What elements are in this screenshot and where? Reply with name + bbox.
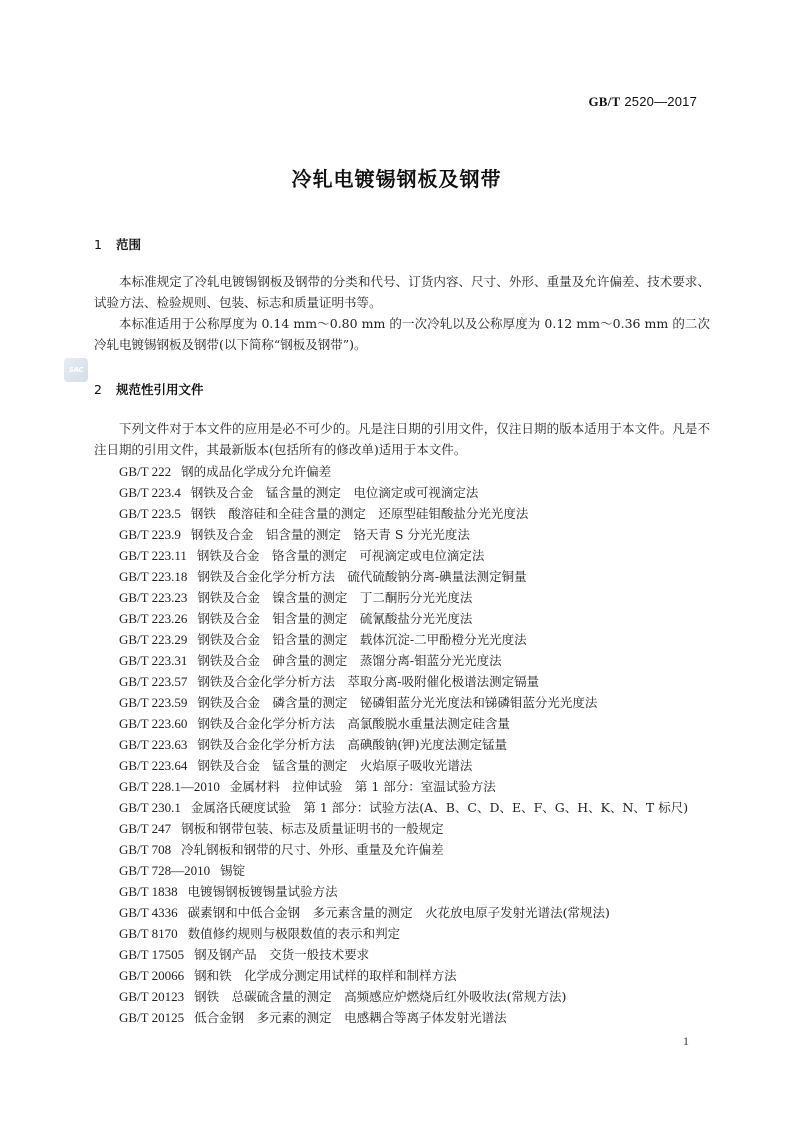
reference-code: GB/T 728—2010 [119, 863, 210, 878]
reference-title: 金属洛氏硬度试验 第 1 部分：试验方法(A、B、C、D、E、F、G、H、K、N… [191, 800, 688, 815]
reference-item: GB/T 223.9钢铁及合金 铝含量的测定 铬天青 S 分光光度法 [119, 524, 688, 545]
reference-code: GB/T 223.26 [119, 611, 187, 626]
reference-title: 钢铁及合金 铝含量的测定 铬天青 S 分光光度法 [191, 527, 470, 542]
reference-code: GB/T 223.18 [119, 569, 187, 584]
reference-title: 钢铁及合金 铅含量的测定 载体沉淀-二甲酚橙分光光度法 [197, 632, 526, 647]
reference-code: GB/T 222 [119, 464, 171, 479]
reference-title: 钢铁及合金 锰含量的测定 电位滴定或可视滴定法 [191, 485, 479, 500]
reference-code: GB/T 20123 [119, 989, 184, 1004]
reference-item: GB/T 708冷轧钢板和钢带的尺寸、外形、重量及允许偏差 [119, 839, 688, 860]
reference-title: 钢板和钢带包装、标志及质量证明书的一般规定 [181, 821, 444, 836]
reference-code: GB/T 223.31 [119, 653, 187, 668]
reference-item: GB/T 223.59钢铁及合金 磷含量的测定 铋磷钼蓝分光光度法和锑磷钼蓝分光… [119, 692, 688, 713]
reference-item: GB/T 223.29钢铁及合金 铅含量的测定 载体沉淀-二甲酚橙分光光度法 [119, 629, 688, 650]
reference-item: GB/T 223.64钢铁及合金 锰含量的测定 火焰原子吸收光谱法 [119, 755, 688, 776]
scope-paragraph-1: 本标准规定了冷轧电镀锡钢板及钢带的分类和代号、订货内容、尺寸、外形、重量及允许偏… [94, 271, 710, 313]
reference-title: 钢铁及合金 砷含量的测定 蒸馏分离-钼蓝分光光度法 [197, 653, 501, 668]
section-title: 范围 [116, 237, 141, 252]
reference-code: GB/T 223.5 [119, 506, 181, 521]
reference-title: 钢的成品化学成分允许偏差 [181, 464, 331, 479]
scope-paragraph-2: 本标准适用于公称厚度为 0.14 mm～0.80 mm 的一次冷轧以及公称厚度为… [94, 313, 710, 355]
reference-code: GB/T 223.4 [119, 485, 181, 500]
reference-code: GB/T 223.11 [119, 548, 187, 563]
reference-title: 锡锭 [220, 863, 245, 878]
reference-item: GB/T 4336碳素钢和中低合金钢 多元素含量的测定 火花放电原子发射光谱法(… [119, 902, 688, 923]
reference-title: 碳素钢和中低合金钢 多元素含量的测定 火花放电原子发射光谱法(常规法) [188, 905, 610, 920]
reference-item: GB/T 247钢板和钢带包装、标志及质量证明书的一般规定 [119, 818, 688, 839]
reference-item: GB/T 222钢的成品化学成分允许偏差 [119, 461, 688, 482]
reference-item: GB/T 223.31钢铁及合金 砷含量的测定 蒸馏分离-钼蓝分光光度法 [119, 650, 688, 671]
reference-title: 电镀锡钢板镀锡量试验方法 [188, 884, 338, 899]
page-number: 1 [683, 1034, 689, 1049]
reference-title: 钢铁及合金 铬含量的测定 可视滴定或电位滴定法 [197, 548, 485, 563]
reference-title: 钢铁及合金化学分析方法 高碘酸钠(钾)光度法测定锰量 [197, 737, 507, 752]
reference-code: GB/T 20066 [119, 968, 184, 983]
reference-item: GB/T 223.11钢铁及合金 铬含量的测定 可视滴定或电位滴定法 [119, 545, 688, 566]
reference-code: GB/T 17505 [119, 947, 184, 962]
reference-title: 低合金钢 多元素的测定 电感耦合等离子体发射光谱法 [194, 1010, 507, 1025]
section-heading-scope: 1范围 [94, 235, 141, 253]
references-intro-paragraph: 下列文件对于本文件的应用是必不可少的。凡是注日期的引用文件，仅注日期的版本适用于… [94, 418, 710, 460]
reference-code: GB/T 223.59 [119, 695, 187, 710]
reference-title: 金属材料 拉伸试验 第 1 部分：室温试验方法 [230, 779, 496, 794]
standard-number: GB/T2520—2017 [588, 94, 697, 110]
reference-code: GB/T 4336 [119, 905, 178, 920]
section-title: 规范性引用文件 [116, 382, 204, 397]
reference-title: 钢铁及合金 镍含量的测定 丁二酮肟分光光度法 [197, 590, 472, 605]
reference-item: GB/T 8170数值修约规则与极限数值的表示和判定 [119, 923, 688, 944]
reference-item: GB/T 223.18钢铁及合金化学分析方法 硫代硫酸钠分离-碘量法测定铜量 [119, 566, 688, 587]
reference-title: 钢铁及合金 磷含量的测定 铋磷钼蓝分光光度法和锑磷钼蓝分光光度法 [197, 695, 597, 710]
reference-code: GB/T 230.1 [119, 800, 181, 815]
reference-title: 钢铁及合金 钼含量的测定 硫氰酸盐分光光度法 [197, 611, 472, 626]
reference-title: 冷轧钢板和钢带的尺寸、外形、重量及允许偏差 [181, 842, 444, 857]
reference-item: GB/T 1838电镀锡钢板镀锡量试验方法 [119, 881, 688, 902]
reference-item: GB/T 230.1金属洛氏硬度试验 第 1 部分：试验方法(A、B、C、D、E… [119, 797, 688, 818]
reference-item: GB/T 223.5钢铁 酸溶硅和全硅含量的测定 还原型硅钼酸盐分光光度法 [119, 503, 688, 524]
reference-code: GB/T 708 [119, 842, 171, 857]
reference-title: 钢铁及合金 锰含量的测定 火焰原子吸收光谱法 [197, 758, 472, 773]
reference-title: 钢铁及合金化学分析方法 硫代硫酸钠分离-碘量法测定铜量 [197, 569, 526, 584]
reference-code: GB/T 8170 [119, 926, 178, 941]
reference-item: GB/T 223.60钢铁及合金化学分析方法 高氯酸脱水重量法测定硅含量 [119, 713, 688, 734]
document-title: 冷轧电镀锡钢板及钢带 [0, 163, 793, 192]
sac-logo-icon: SAC [64, 358, 88, 382]
reference-list: GB/T 222钢的成品化学成分允许偏差 GB/T 223.4钢铁及合金 锰含量… [119, 461, 688, 1028]
reference-item: GB/T 728—2010锡锭 [119, 860, 688, 881]
reference-code: GB/T 223.23 [119, 590, 187, 605]
reference-title: 钢和铁 化学成分测定用试样的取样和制样方法 [194, 968, 457, 983]
section-heading-normative-references: 2规范性引用文件 [94, 380, 204, 398]
reference-code: GB/T 1838 [119, 884, 178, 899]
reference-code: GB/T 223.63 [119, 737, 187, 752]
reference-code: GB/T 223.57 [119, 674, 187, 689]
reference-item: GB/T 20125低合金钢 多元素的测定 电感耦合等离子体发射光谱法 [119, 1007, 688, 1028]
reference-code: GB/T 20125 [119, 1010, 184, 1025]
reference-item: GB/T 228.1—2010金属材料 拉伸试验 第 1 部分：室温试验方法 [119, 776, 688, 797]
reference-code: GB/T 223.60 [119, 716, 187, 731]
reference-item: GB/T 20066钢和铁 化学成分测定用试样的取样和制样方法 [119, 965, 688, 986]
section-number: 1 [94, 237, 116, 252]
reference-title: 数值修约规则与极限数值的表示和判定 [188, 926, 401, 941]
reference-title: 钢铁 总碳硫含量的测定 高频感应炉燃烧后红外吸收法(常规方法) [194, 989, 566, 1004]
reference-title: 钢铁及合金化学分析方法 高氯酸脱水重量法测定硅含量 [197, 716, 510, 731]
reference-item: GB/T 223.63钢铁及合金化学分析方法 高碘酸钠(钾)光度法测定锰量 [119, 734, 688, 755]
reference-title: 钢铁 酸溶硅和全硅含量的测定 还原型硅钼酸盐分光光度法 [191, 506, 529, 521]
section-number: 2 [94, 382, 116, 397]
reference-code: GB/T 228.1—2010 [119, 779, 220, 794]
reference-item: GB/T 223.26钢铁及合金 钼含量的测定 硫氰酸盐分光光度法 [119, 608, 688, 629]
reference-code: GB/T 223.64 [119, 758, 187, 773]
reference-item: GB/T 223.57钢铁及合金化学分析方法 萃取分离-吸附催化极谱法测定镉量 [119, 671, 688, 692]
standard-prefix: GB/T [588, 94, 620, 109]
standard-code: 2520—2017 [624, 94, 697, 109]
reference-item: GB/T 17505钢及钢产品 交货一般技术要求 [119, 944, 688, 965]
reference-code: GB/T 247 [119, 821, 171, 836]
reference-item: GB/T 223.23钢铁及合金 镍含量的测定 丁二酮肟分光光度法 [119, 587, 688, 608]
reference-title: 钢铁及合金化学分析方法 萃取分离-吸附催化极谱法测定镉量 [197, 674, 539, 689]
reference-code: GB/T 223.9 [119, 527, 181, 542]
reference-item: GB/T 20123钢铁 总碳硫含量的测定 高频感应炉燃烧后红外吸收法(常规方法… [119, 986, 688, 1007]
reference-item: GB/T 223.4钢铁及合金 锰含量的测定 电位滴定或可视滴定法 [119, 482, 688, 503]
reference-code: GB/T 223.29 [119, 632, 187, 647]
reference-title: 钢及钢产品 交货一般技术要求 [194, 947, 369, 962]
